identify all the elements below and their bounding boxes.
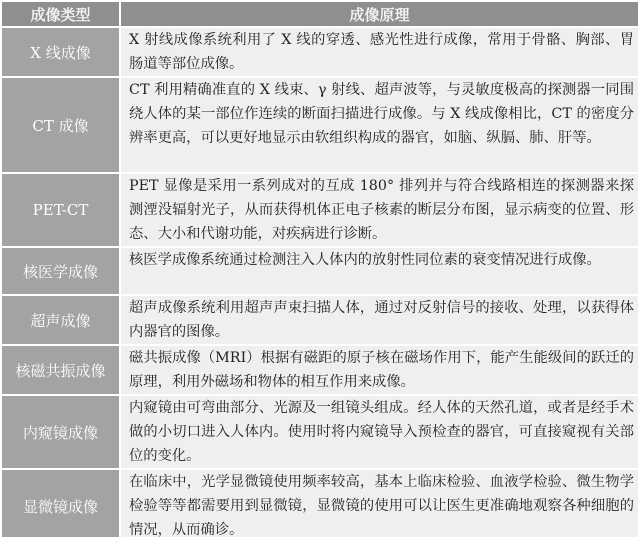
table-row: X 线成像X 射线成像系统利用了 X 线的穿透、感光性进行成像，常用于骨骼、胸部… <box>2 27 638 77</box>
imaging-type-cell: CT 成像 <box>2 77 120 173</box>
imaging-type-cell: 显微镜成像 <box>2 469 120 537</box>
table-row: 显微镜成像在临床中，光学显微镜使用频率较高，基本上临床检验、血液学检验、微生物学… <box>2 469 638 537</box>
imaging-principle-cell: 超声成像系统利用超声声束扫描人体，通过对反射信号的接收、处理，以获得体内器官的图… <box>120 295 638 345</box>
header-imaging-type: 成像类型 <box>2 2 120 27</box>
imaging-type-cell: 内窥镜成像 <box>2 395 120 469</box>
table-row: 超声成像超声成像系统利用超声声束扫描人体，通过对反射信号的接收、处理，以获得体内… <box>2 295 638 345</box>
imaging-principle-cell: X 射线成像系统利用了 X 线的穿透、感光性进行成像，常用于骨骼、胸部、胃肠道等… <box>120 27 638 77</box>
table-body: X 线成像X 射线成像系统利用了 X 线的穿透、感光性进行成像，常用于骨骼、胸部… <box>2 27 638 537</box>
imaging-principle-cell: 核医学成像系统通过检测注入人体内的放射性同位素的衰变情况进行成像。 <box>120 247 638 295</box>
header-imaging-principle: 成像原理 <box>120 2 638 27</box>
imaging-principle-cell: CT 利用精确准直的 X 线束、γ 射线、超声波等，与灵敏度极高的探测器一同围绕… <box>120 77 638 173</box>
imaging-principle-cell: 在临床中，光学显微镜使用频率较高，基本上临床检验、血液学检验、微生物学检验等等都… <box>120 469 638 537</box>
imaging-principle-cell: PET 显像是采用一系列成对的互成 180° 排列并与符合线路相连的探测器来探测… <box>120 173 638 247</box>
table-row: 核磁共振成像磁共振成像（MRI）根据有磁距的原子核在磁场作用下，能产生能级间的跃… <box>2 345 638 395</box>
imaging-principle-cell: 内窥镜由可弯曲部分、光源及一组镜头组成。经人体的天然孔道，或者是经手术做的小切口… <box>120 395 638 469</box>
table-header-row: 成像类型 成像原理 <box>2 2 638 27</box>
imaging-type-cell: 核医学成像 <box>2 247 120 295</box>
imaging-type-cell: 超声成像 <box>2 295 120 345</box>
imaging-types-table: 成像类型 成像原理 X 线成像X 射线成像系统利用了 X 线的穿透、感光性进行成… <box>2 2 638 537</box>
table-row: 内窥镜成像内窥镜由可弯曲部分、光源及一组镜头组成。经人体的天然孔道，或者是经手术… <box>2 395 638 469</box>
imaging-type-cell: 核磁共振成像 <box>2 345 120 395</box>
table-row: 核医学成像核医学成像系统通过检测注入人体内的放射性同位素的衰变情况进行成像。 <box>2 247 638 295</box>
imaging-type-cell: X 线成像 <box>2 27 120 77</box>
imaging-type-cell: PET-CT <box>2 173 120 247</box>
table-row: PET-CTPET 显像是采用一系列成对的互成 180° 排列并与符合线路相连的… <box>2 173 638 247</box>
imaging-principle-cell: 磁共振成像（MRI）根据有磁距的原子核在磁场作用下，能产生能级间的跃迁的原理，利… <box>120 345 638 395</box>
table-row: CT 成像CT 利用精确准直的 X 线束、γ 射线、超声波等，与灵敏度极高的探测… <box>2 77 638 173</box>
